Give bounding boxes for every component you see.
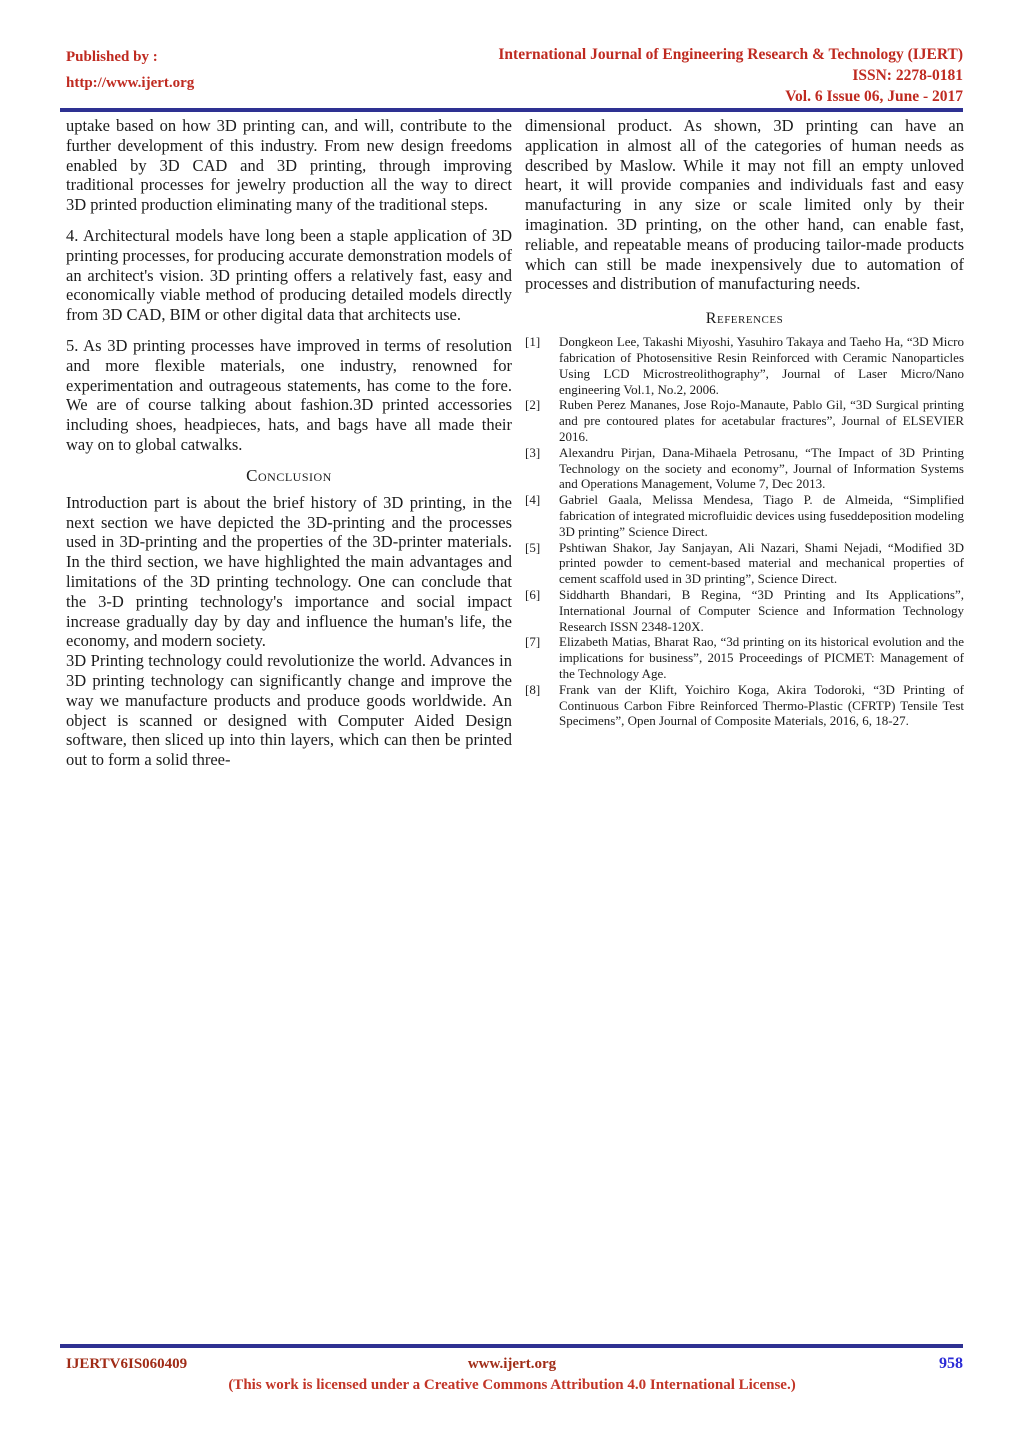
reference-text: Frank van der Klift, Yoichiro Koga, Akir… — [559, 682, 964, 729]
reference-number: [5] — [525, 540, 559, 587]
header-divider — [60, 108, 963, 112]
reference-text: Ruben Perez Mananes, Jose Rojo-Manaute, … — [559, 397, 964, 444]
references-heading: References — [525, 310, 964, 328]
page-number: 958 — [939, 1355, 963, 1373]
journal-block: International Journal of Engineering Res… — [498, 44, 963, 107]
publisher-block: Published by : http://www.ijert.org — [66, 44, 194, 96]
footer-divider — [60, 1344, 963, 1348]
reference-number: [8] — [525, 682, 559, 729]
reference-text: Gabriel Gaala, Melissa Mendesa, Tiago P.… — [559, 492, 964, 539]
issn-label: ISSN: 2278-0181 — [498, 65, 963, 86]
paper-page: Published by : http://www.ijert.org Inte… — [0, 0, 1024, 1448]
volume-issue-label: Vol. 6 Issue 06, June - 2017 — [498, 86, 963, 107]
reference-item: [6] Siddharth Bhandari, B Regina, “3D Pr… — [525, 587, 964, 634]
body-paragraph: 4. Architectural models have long been a… — [66, 226, 512, 325]
reference-number: [2] — [525, 397, 559, 444]
conclusion-heading: Conclusion — [66, 466, 512, 486]
publisher-url: http://www.ijert.org — [66, 70, 194, 96]
body-paragraph: uptake based on how 3D printing can, and… — [66, 116, 512, 215]
reference-number: [1] — [525, 334, 559, 397]
conclusion-paragraph: Introduction part is about the brief his… — [66, 493, 512, 651]
reference-item: [2] Ruben Perez Mananes, Jose Rojo-Manau… — [525, 397, 964, 444]
reference-number: [4] — [525, 492, 559, 539]
reference-item: [4] Gabriel Gaala, Melissa Mendesa, Tiag… — [525, 492, 964, 539]
reference-item: [8] Frank van der Klift, Yoichiro Koga, … — [525, 682, 964, 729]
reference-item: [1] Dongkeon Lee, Takashi Miyoshi, Yasuh… — [525, 334, 964, 397]
left-column: uptake based on how 3D printing can, and… — [66, 116, 512, 770]
page-header: Published by : http://www.ijert.org Inte… — [66, 44, 963, 107]
reference-text: Alexandru Pirjan, Dana-Mihaela Petrosanu… — [559, 445, 964, 492]
references-list: [1] Dongkeon Lee, Takashi Miyoshi, Yasuh… — [525, 334, 964, 729]
published-by-label: Published by : — [66, 44, 194, 70]
right-column: dimensional product. As shown, 3D printi… — [525, 116, 964, 770]
reference-text: Dongkeon Lee, Takashi Miyoshi, Yasuhiro … — [559, 334, 964, 397]
reference-item: [7] Elizabeth Matias, Bharat Rao, “3d pr… — [525, 634, 964, 681]
reference-number: [3] — [525, 445, 559, 492]
reference-item: [3] Alexandru Pirjan, Dana-Mihaela Petro… — [525, 445, 964, 492]
body-paragraph: 5. As 3D printing processes have improve… — [66, 336, 512, 455]
footer-site-url: www.ijert.org — [0, 1356, 1024, 1373]
reference-item: [5] Pshtiwan Shakor, Jay Sanjayan, Ali N… — [525, 540, 964, 587]
license-note: (This work is licensed under a Creative … — [0, 1377, 1024, 1394]
reference-text: Siddharth Bhandari, B Regina, “3D Printi… — [559, 587, 964, 634]
reference-text: Elizabeth Matias, Bharat Rao, “3d printi… — [559, 634, 964, 681]
reference-number: [7] — [525, 634, 559, 681]
body-paragraph: dimensional product. As shown, 3D printi… — [525, 116, 964, 294]
two-column-body: uptake based on how 3D printing can, and… — [66, 116, 964, 770]
reference-number: [6] — [525, 587, 559, 634]
conclusion-paragraph: 3D Printing technology could revolutioni… — [66, 651, 512, 770]
journal-title: International Journal of Engineering Res… — [498, 44, 963, 65]
reference-text: Pshtiwan Shakor, Jay Sanjayan, Ali Nazar… — [559, 540, 964, 587]
